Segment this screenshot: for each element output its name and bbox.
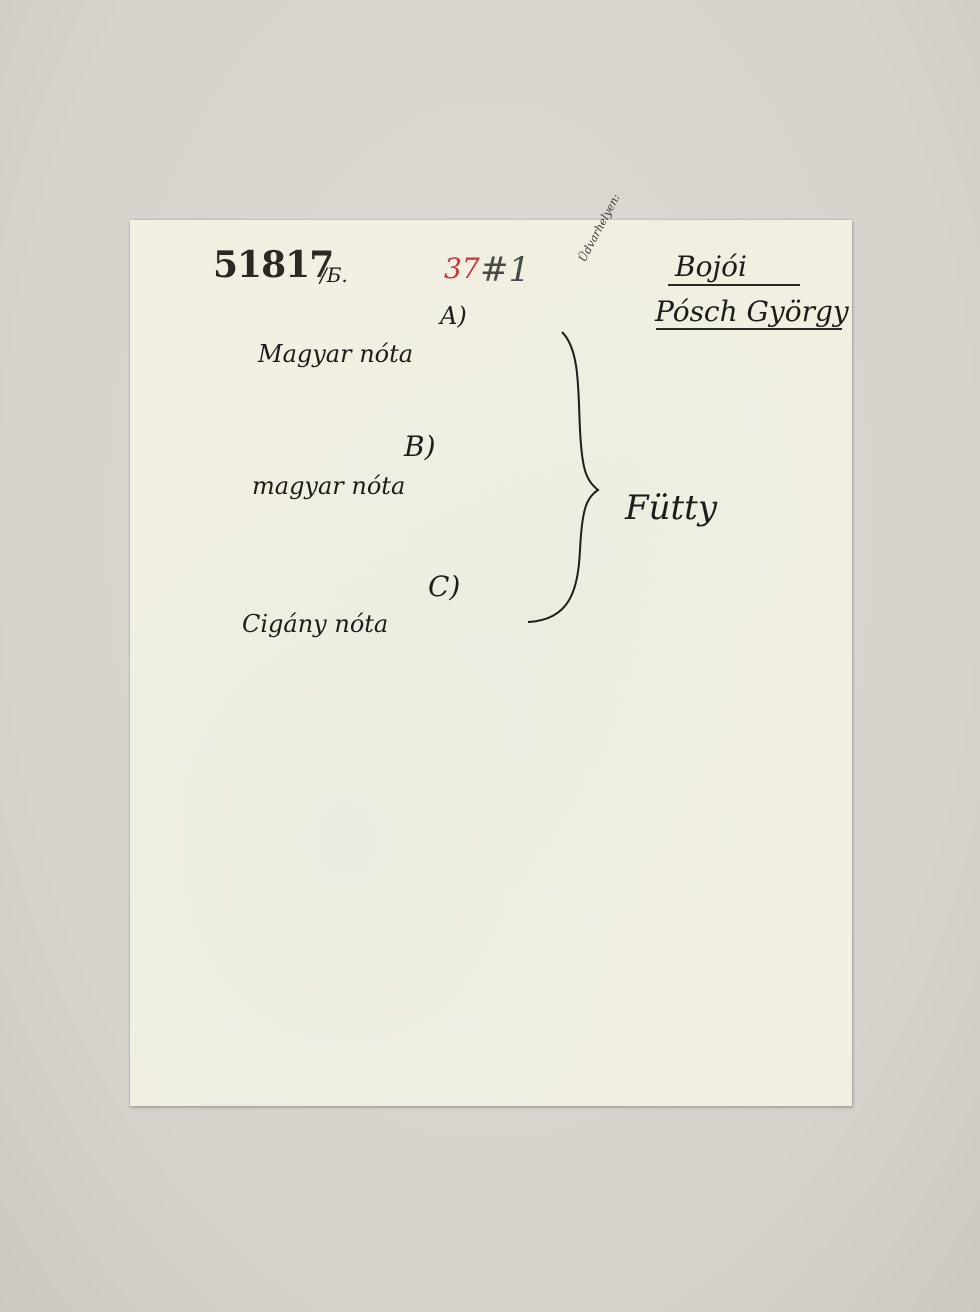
red-mark: 37 [444, 252, 480, 285]
performer-line-1: Bojói [675, 250, 747, 283]
index-card [130, 220, 852, 1106]
performer-line-2: Pósch György [655, 295, 849, 328]
underline [668, 284, 800, 286]
item-b-label: B) [404, 430, 436, 463]
grouped-annotation: Fütty [625, 488, 717, 528]
underline [656, 328, 842, 330]
item-a-label: A) [440, 302, 467, 330]
curly-brace-icon [520, 330, 600, 630]
item-c-title: Cigány nóta [242, 610, 388, 638]
catalog-suffix: /Б. [320, 263, 348, 287]
item-c-label: C) [428, 570, 460, 603]
item-b-title: magyar nóta [252, 472, 405, 500]
inventory-mark: #1 [480, 250, 530, 290]
catalog-number: 51817 [213, 244, 333, 286]
item-a-title: Magyar nóta [258, 340, 413, 368]
